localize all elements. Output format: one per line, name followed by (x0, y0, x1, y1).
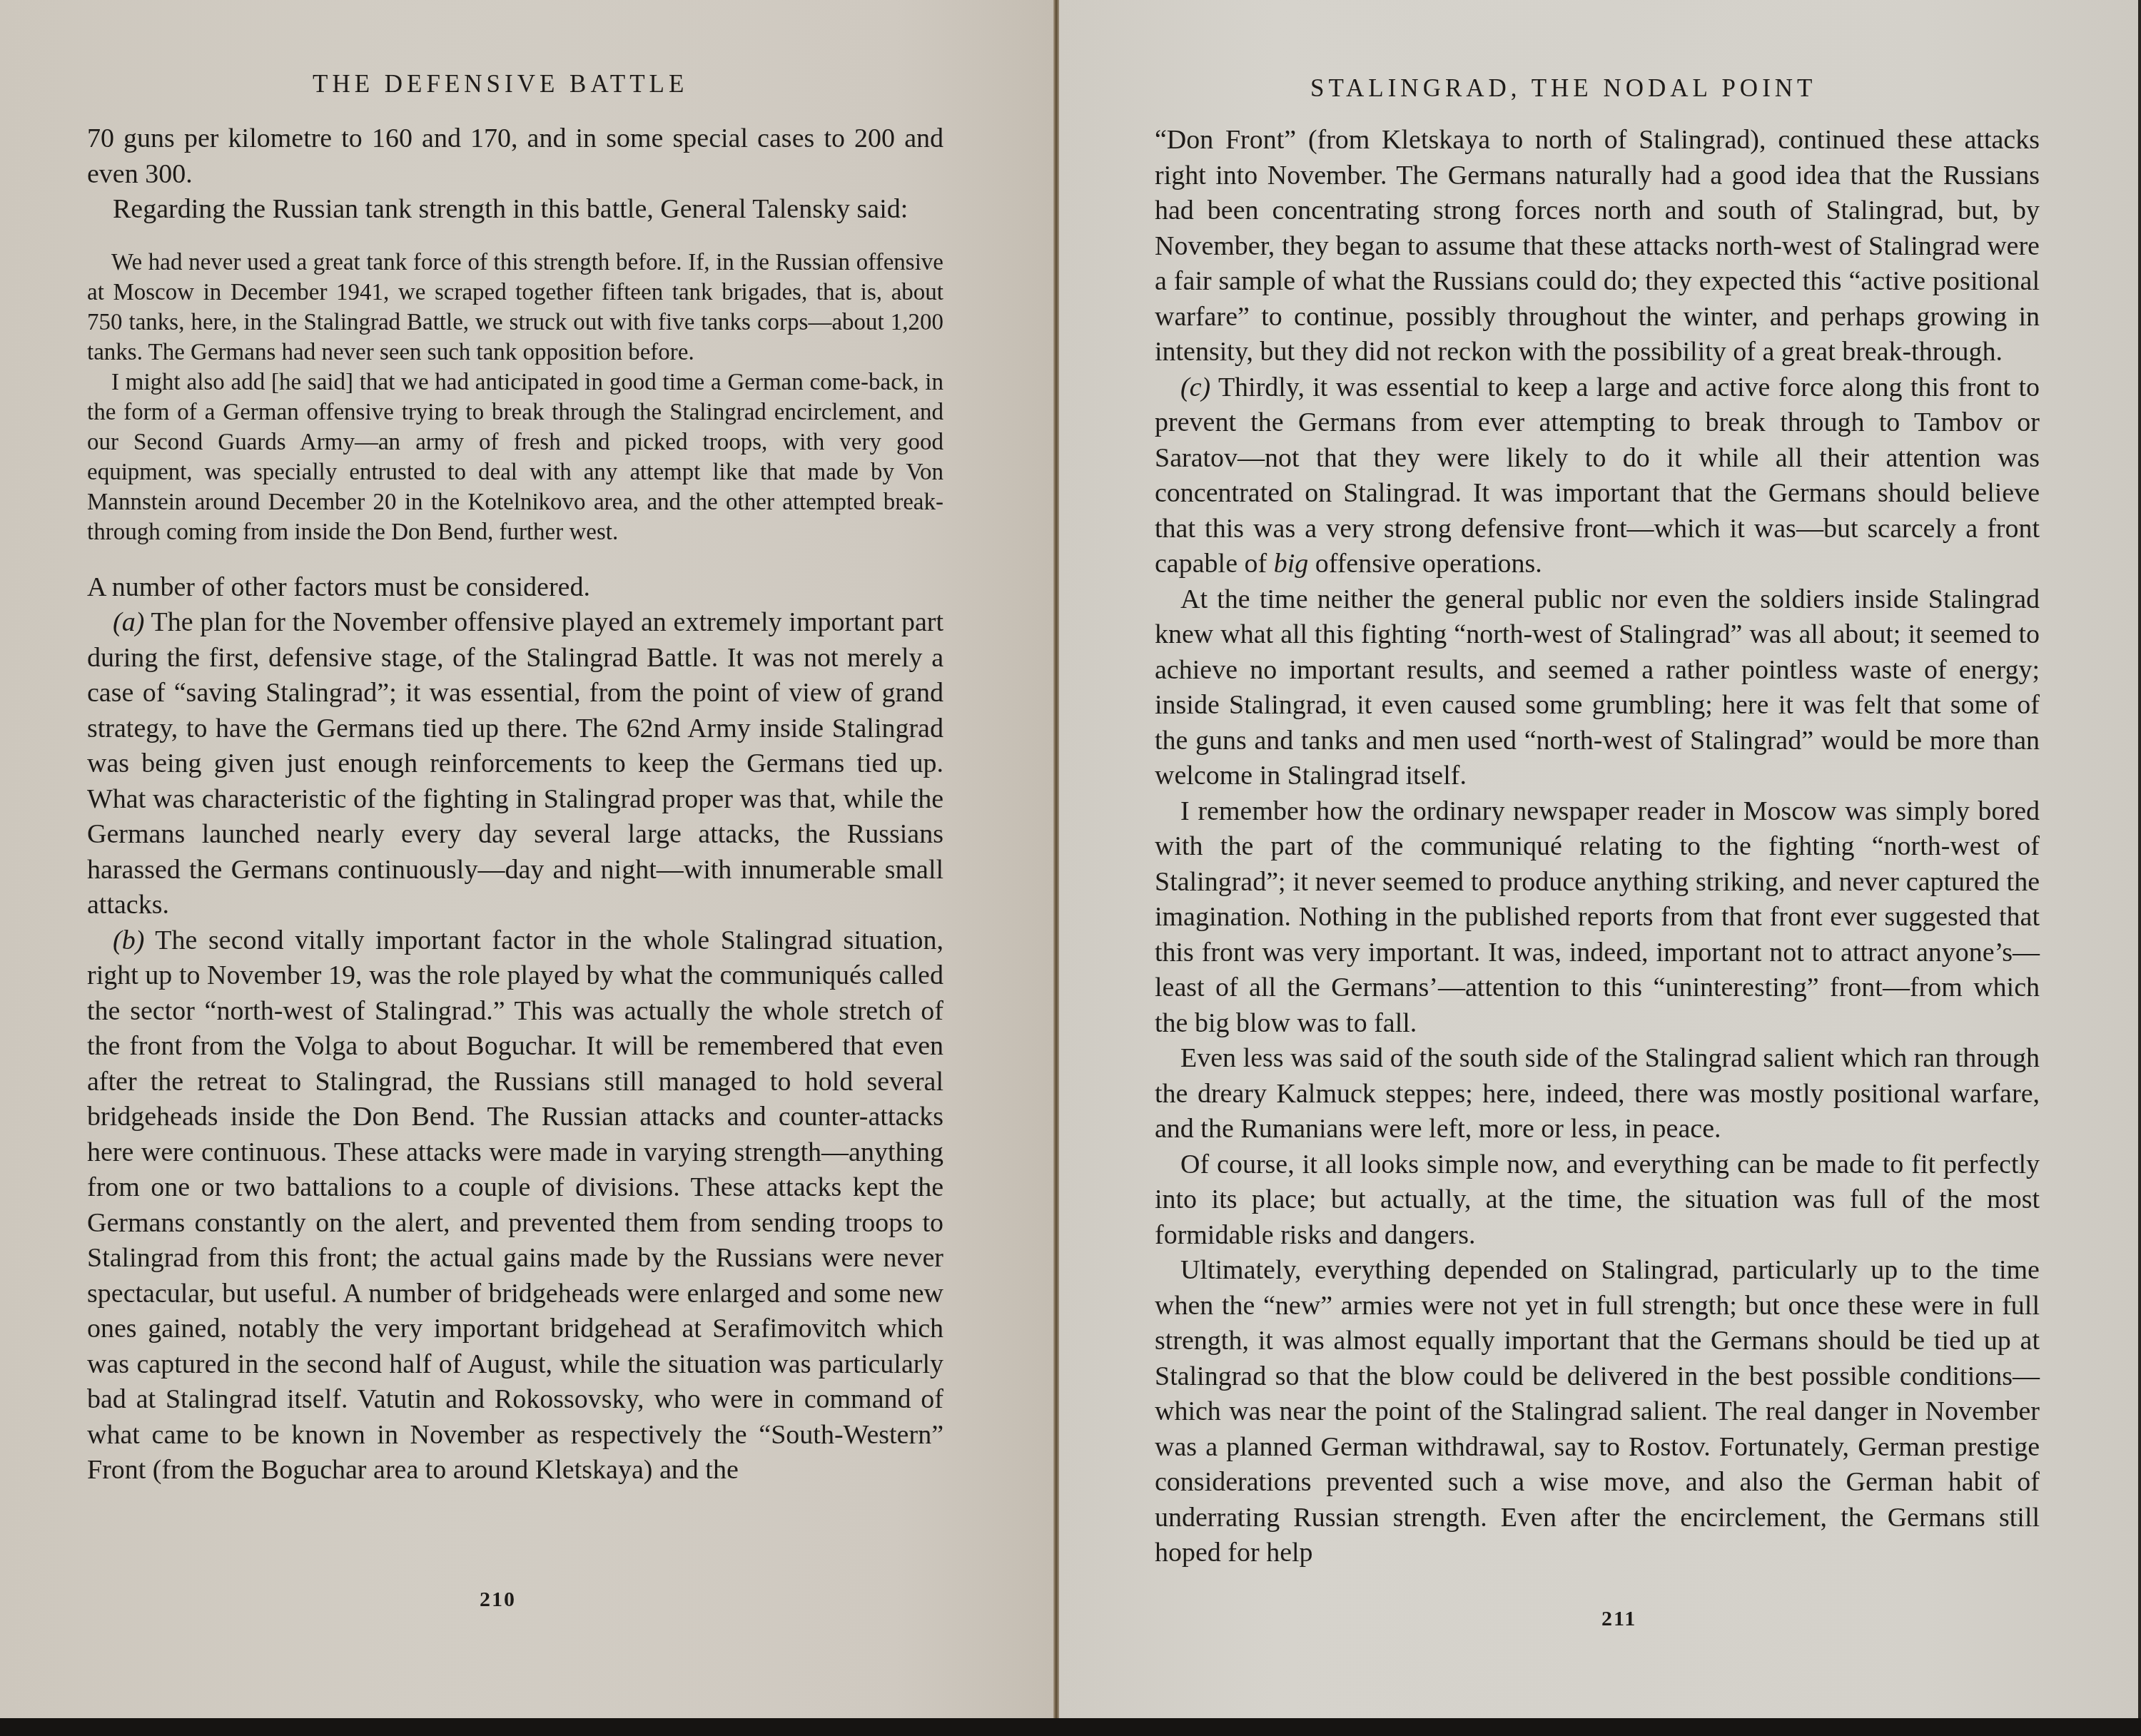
book-spread: THE DEFENSIVE BATTLE 70 guns per kilomet… (0, 0, 2141, 1718)
page-number-left: 210 (480, 1588, 516, 1612)
paragraph: At the time neither the general public n… (1155, 582, 2040, 794)
paragraph: 70 guns per kilometre to 160 and 170, an… (87, 121, 943, 192)
paragraph: Of course, it all looks simple now, and … (1155, 1147, 2040, 1254)
paragraph-c: (c) Thirdly, it was essential to keep a … (1155, 370, 2040, 582)
quote-paragraph: We had never used a great tank force of … (87, 248, 943, 367)
paragraph-text: offensive operations. (1308, 549, 1542, 579)
quote-paragraph: I might also add [he said] that we had a… (87, 367, 943, 547)
left-page: THE DEFENSIVE BATTLE 70 guns per kilomet… (0, 0, 1055, 1718)
running-head-right: STALINGRAD, THE NODAL POINT (1310, 74, 1816, 103)
right-page: STALINGRAD, THE NODAL POINT “Don Front” … (1059, 0, 2141, 1718)
page-number-right: 211 (1601, 1607, 1636, 1631)
list-label: (b) (113, 925, 144, 955)
paragraph: “Don Front” (from Kletskaya to north of … (1155, 123, 2040, 370)
paragraph-b: (b) The second vitally important factor … (87, 923, 943, 1488)
right-page-body: “Don Front” (from Kletskaya to north of … (1155, 123, 2040, 1571)
running-head-left: THE DEFENSIVE BATTLE (313, 70, 688, 98)
left-page-body: 70 guns per kilometre to 160 and 170, an… (87, 121, 943, 1488)
paragraph-a: (a) The plan for the November offensive … (87, 605, 943, 923)
paragraph-text: The plan for the November offensive play… (87, 607, 943, 920)
block-quote: We had never used a great tank force of … (87, 248, 943, 547)
paragraph-text: The second vitally important factor in t… (87, 925, 943, 1486)
book-gutter (1053, 0, 1059, 1718)
paragraph: Even less was said of the south side of … (1155, 1041, 2040, 1147)
paragraph-text: Thirdly, it was essential to keep a larg… (1155, 372, 2040, 579)
paragraph: A number of other factors must be consid… (87, 570, 943, 606)
paragraph: Regarding the Russian tank strength in t… (87, 192, 943, 228)
page-edge (2138, 0, 2141, 1718)
list-label: (c) (1180, 372, 1210, 402)
list-label: (a) (113, 607, 144, 637)
paragraph: I remember how the ordinary newspaper re… (1155, 794, 2040, 1042)
emphasis: big (1274, 549, 1309, 579)
paragraph: Ultimately, everything depended on Stali… (1155, 1253, 2040, 1571)
